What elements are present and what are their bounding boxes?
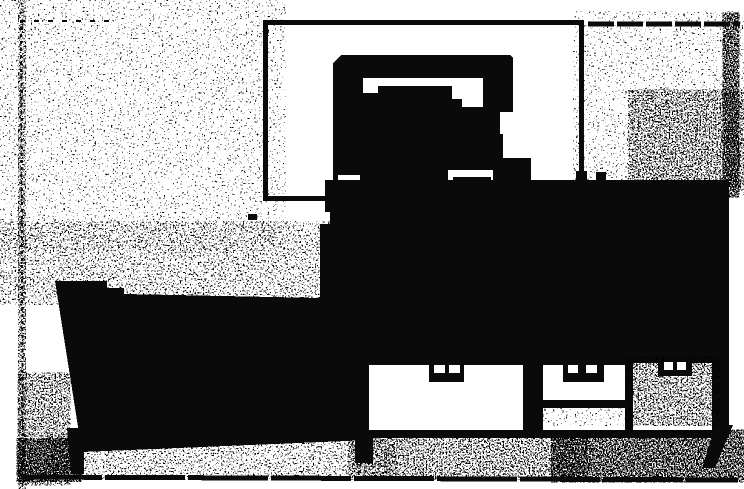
drawer-handle-right (658, 362, 692, 376)
drawer-handle-left-notch-a (434, 365, 445, 373)
machine-slot-left-block (363, 78, 378, 93)
photo-right-edge-noise (724, 28, 738, 182)
wall-noise-upper-left (22, 20, 262, 230)
workbench-photo-canvas (0, 0, 744, 489)
machine-base-left-gap (338, 175, 360, 180)
drawer-panel-mid-lower-speckle (543, 408, 625, 426)
drawer-panel-left-gap (369, 426, 523, 430)
wall-smudge (248, 214, 257, 220)
tabletop-fixture-a (576, 171, 587, 180)
drawer-handle-mid-notch-a (568, 365, 578, 373)
drawer-handle-right-notch-b (677, 362, 686, 370)
drawer-panel-mid-gap (543, 426, 625, 430)
floor-noise-center (368, 436, 568, 476)
drawer-panel-right-gap (633, 426, 712, 430)
drawer-handle-left-notch-b (449, 365, 460, 373)
floor-noise-outside-left-foot (22, 442, 76, 478)
bench-left-slab (55, 281, 370, 452)
drawer-handle-right-notch-a (664, 362, 673, 370)
wall-noise-right-lower (638, 98, 738, 182)
machine-slot-right-drop (462, 78, 483, 107)
photo-border-bottom (22, 477, 738, 480)
scanned-photo-figure (0, 0, 744, 489)
machine-silhouette (333, 55, 531, 181)
drawer-handle-mid-notch-b (586, 365, 597, 373)
bench-center-leg (355, 438, 373, 463)
tabletop-fixture-b (596, 172, 606, 180)
